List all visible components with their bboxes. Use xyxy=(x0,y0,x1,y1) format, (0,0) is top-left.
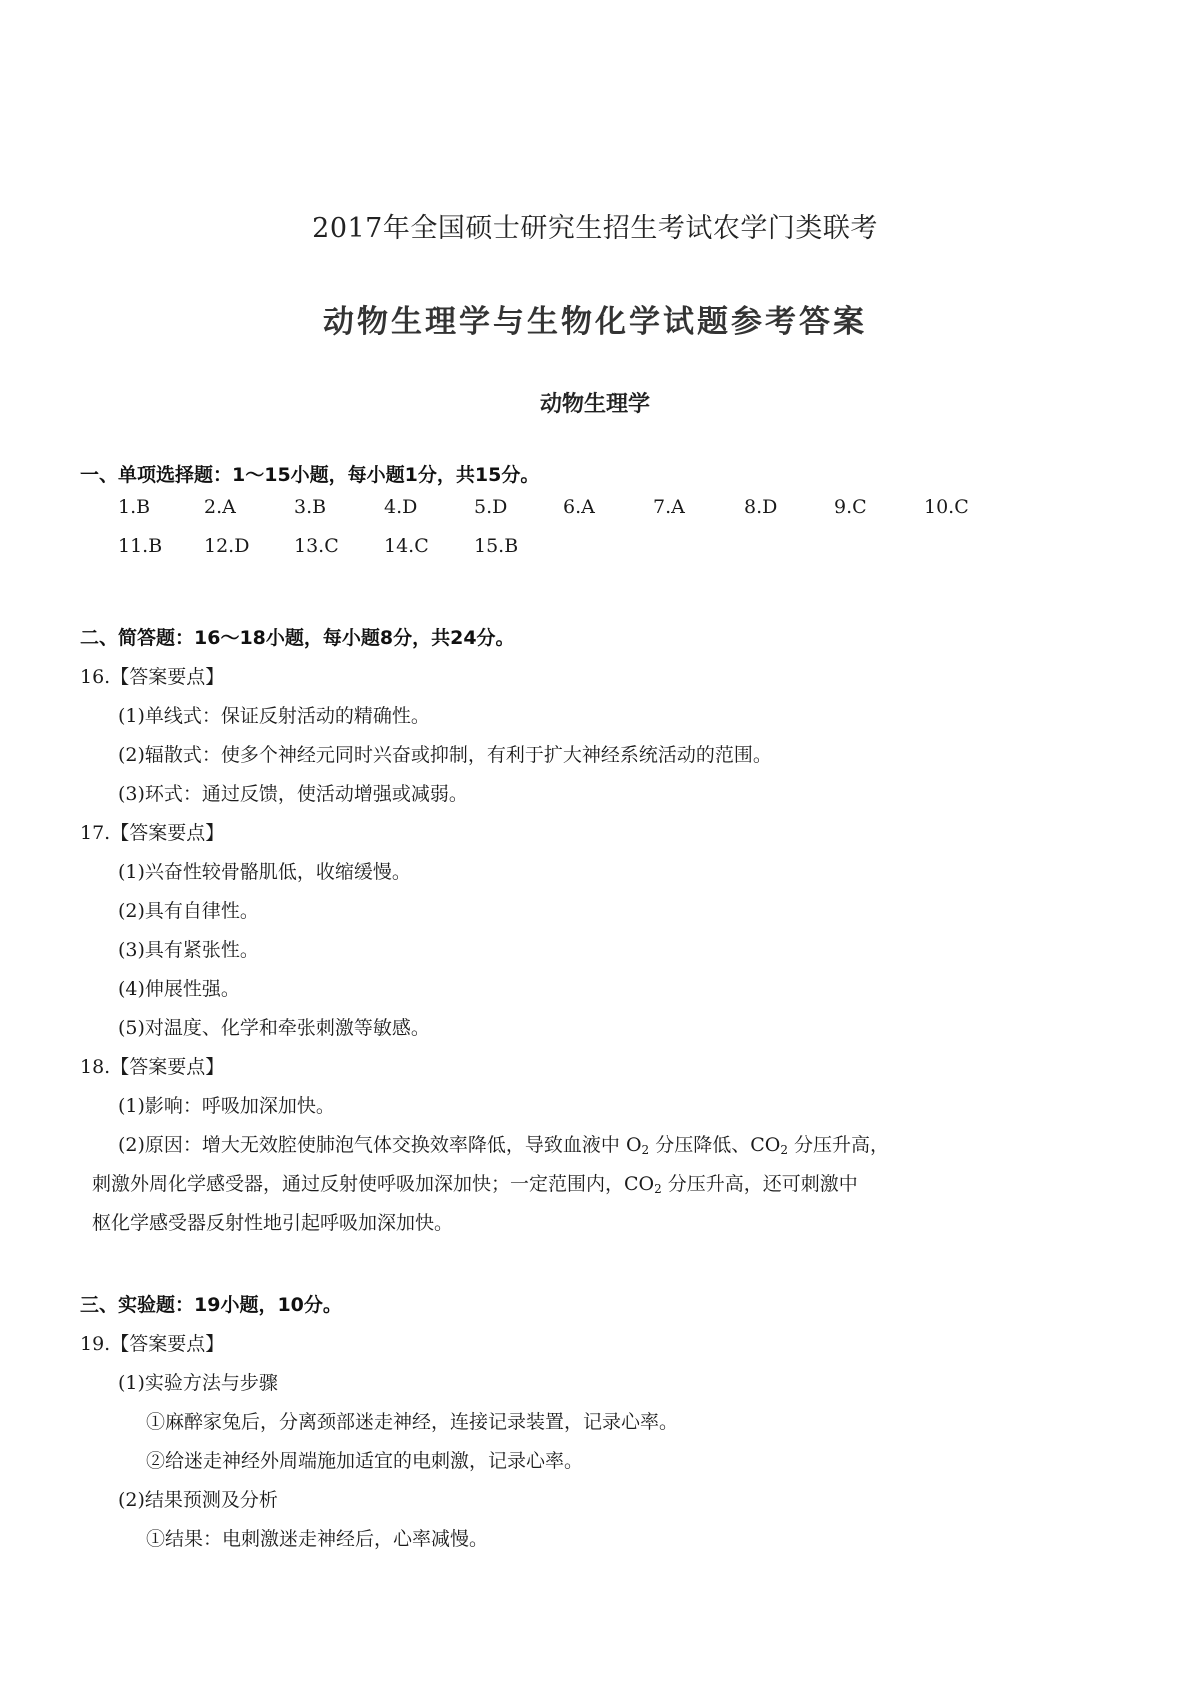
q19-part-2: (2)结果预测及分析 xyxy=(118,1485,278,1512)
q19-result-1: ①结果：电刺激迷走神经后，心率减慢。 xyxy=(146,1524,488,1551)
answer-6: 6.A xyxy=(563,496,595,518)
answer-1: 1.B xyxy=(118,496,150,518)
answer-10: 10.C xyxy=(924,496,969,518)
q18-point-2-line-2: 刺激外周化学感受器，通过反射使呼吸加深加快；一定范围内，CO2 分压升高，还可刺… xyxy=(92,1169,858,1196)
answer-7: 7.A xyxy=(653,496,685,518)
answer-5: 5.D xyxy=(474,496,507,518)
q19-step-2: ②给迷走神经外周端施加适宜的电刺激，记录心率。 xyxy=(146,1446,583,1473)
answer-9: 9.C xyxy=(834,496,867,518)
q19-part-1: (1)实验方法与步骤 xyxy=(118,1368,278,1395)
answer-8: 8.D xyxy=(744,496,777,518)
q18-point-2-line-3: 枢化学感受器反射性地引起呼吸加深加快。 xyxy=(92,1208,453,1235)
answer-14: 14.C xyxy=(384,535,429,557)
q16-point-1: (1)单线式：保证反射活动的精确性。 xyxy=(118,701,430,728)
exam-title: 2017年全国硕士研究生招生考试农学门类联考 xyxy=(0,206,1190,245)
section-2-title: 二、简答题：16～18小题，每小题8分，共24分。 xyxy=(80,623,515,650)
q19-heading: 19.【答案要点】 xyxy=(80,1329,224,1356)
q17-point-5: (5)对温度、化学和牵张刺激等敏感。 xyxy=(118,1013,430,1040)
q16-point-2: (2)辐散式：使多个神经元同时兴奋或抑制，有利于扩大神经系统活动的范围。 xyxy=(118,740,772,767)
section-1-title: 一、单项选择题：1～15小题，每小题1分，共15分。 xyxy=(80,460,539,487)
q19-step-1: ①麻醉家兔后，分离颈部迷走神经，连接记录装置，记录心率。 xyxy=(146,1407,678,1434)
q17-heading: 17.【答案要点】 xyxy=(80,818,224,845)
q18-point-1: (1)影响：呼吸加深加快。 xyxy=(118,1091,335,1118)
q17-point-3: (3)具有紧张性。 xyxy=(118,935,259,962)
paper-title: 动物生理学与生物化学试题参考答案 xyxy=(0,296,1190,341)
answer-4: 4.D xyxy=(384,496,417,518)
answer-15: 15.B xyxy=(474,535,518,557)
answer-13: 13.C xyxy=(294,535,339,557)
answer-11: 11.B xyxy=(118,535,162,557)
q18-point-2-line-1: (2)原因：增大无效腔使肺泡气体交换效率降低，导致血液中 O2 分压降低、CO2… xyxy=(118,1130,889,1157)
section-3-title: 三、实验题：19小题，10分。 xyxy=(80,1290,342,1317)
q18-heading: 18.【答案要点】 xyxy=(80,1052,224,1079)
q17-point-4: (4)伸展性强。 xyxy=(118,974,240,1001)
subject-heading: 动物生理学 xyxy=(0,387,1190,418)
q17-point-2: (2)具有自律性。 xyxy=(118,896,259,923)
answer-3: 3.B xyxy=(294,496,326,518)
answer-12: 12.D xyxy=(204,535,249,557)
q17-point-1: (1)兴奋性较骨骼肌低，收缩缓慢。 xyxy=(118,857,411,884)
q16-heading: 16.【答案要点】 xyxy=(80,662,224,689)
answer-2: 2.A xyxy=(204,496,236,518)
q16-point-3: (3)环式：通过反馈，使活动增强或减弱。 xyxy=(118,779,468,806)
